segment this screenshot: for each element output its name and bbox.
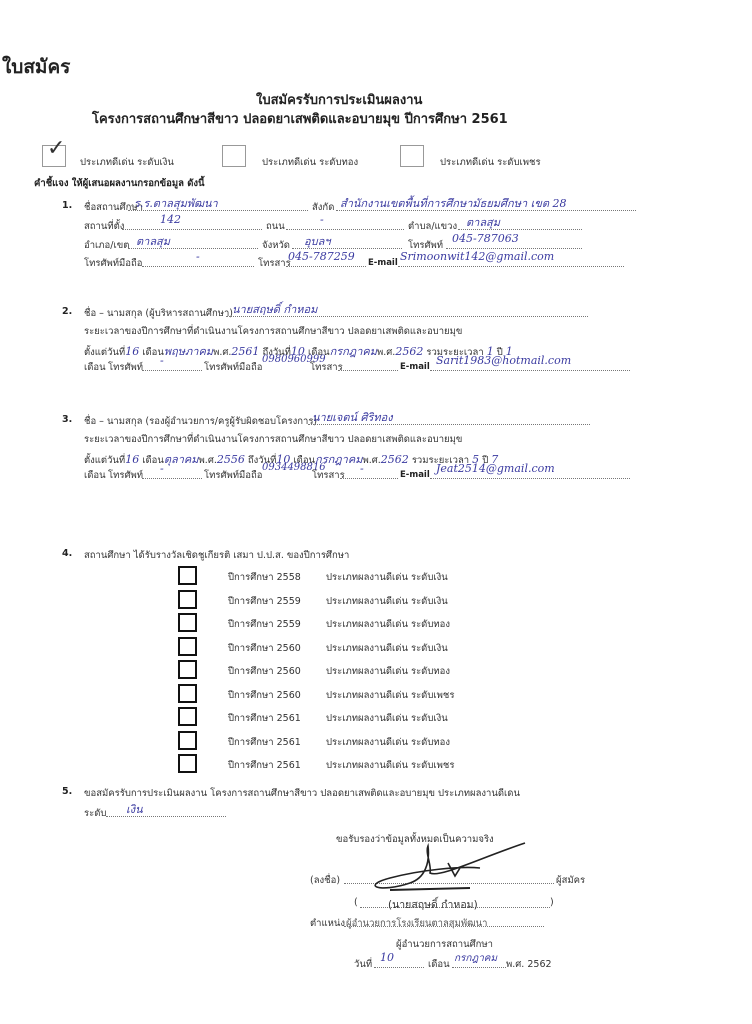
- awards-text: สถานศึกษา ได้รับรางวัลเชิดชูเกียรติ เสมา…: [84, 548, 349, 563]
- province-label: จังหวัด: [262, 238, 290, 253]
- address-value[interactable]: 142: [160, 213, 181, 226]
- award-year: ปีการศึกษา 2560: [228, 688, 301, 703]
- award-level: ประเภทผลงานดีเด่น ระดับทอง: [326, 664, 450, 679]
- month-value[interactable]: กรกฎาคม: [454, 951, 497, 966]
- day-label: วันที่: [354, 957, 372, 972]
- award-year: ปีการศึกษา 2560: [228, 664, 301, 679]
- award-year: ปีการศึกษา 2558: [228, 570, 301, 585]
- email-line: [398, 266, 624, 267]
- day-line: [374, 967, 424, 968]
- level-label: ระดับ: [84, 806, 106, 821]
- award-level: ประเภทผลงานดีเด่น ระดับเงิน: [326, 641, 448, 656]
- award-checkbox[interactable]: [178, 731, 197, 750]
- email-label: E-mail: [400, 362, 430, 372]
- award-checkbox[interactable]: [178, 707, 197, 726]
- level-value[interactable]: เงิน: [126, 800, 143, 818]
- to-year-label: พ.ศ.: [377, 347, 395, 358]
- name-close-paren: ): [550, 897, 554, 908]
- role-text: ผู้อำนวยการสถานศึกษา: [396, 937, 493, 952]
- road-value[interactable]: -: [320, 213, 324, 226]
- applicant-label: ผู้สมัคร: [556, 873, 585, 888]
- phone-label: โทรศัพท์: [108, 468, 143, 483]
- months-label: เดือน: [84, 468, 106, 483]
- section-number: 4.: [62, 548, 72, 559]
- form-title: ใบสมัครรับการประเมินผลงาน: [256, 89, 422, 110]
- fax-line: [338, 370, 398, 371]
- from-day-value[interactable]: 16: [125, 345, 139, 358]
- section-number: 1.: [62, 200, 72, 211]
- position-value: ผู้อำนวยการโรงเรียนตาลสุมพัฒนา: [346, 916, 488, 931]
- form-subtitle: โครงการสถานศึกษาสีขาว ปลอดยาเสพติดและอบา…: [92, 108, 508, 129]
- from-day-label: ตั้งแต่วันที่: [84, 455, 125, 466]
- award-checkbox[interactable]: [178, 613, 197, 632]
- to-year-value[interactable]: 2562: [381, 453, 409, 466]
- subdistrict-label: ตำบล/แขวง: [408, 219, 457, 234]
- award-checkbox[interactable]: [178, 566, 197, 585]
- month-label: เดือน: [428, 957, 450, 972]
- phone-line: [446, 248, 582, 249]
- from-year-label: พ.ศ.: [213, 347, 231, 358]
- check-mark-icon: ✓: [47, 136, 65, 161]
- mobile-label: โทรศัพท์มือถือ: [84, 256, 142, 271]
- fax-value[interactable]: 045-787259: [288, 250, 355, 263]
- month-line: [452, 967, 506, 968]
- phone-value[interactable]: -: [160, 354, 164, 367]
- category-label-diamond: ประเภทดีเด่น ระดับเพชร: [440, 155, 541, 170]
- sign-label: (ลงชื่อ): [310, 873, 340, 888]
- section-number: 5.: [62, 786, 72, 797]
- award-checkbox[interactable]: [178, 590, 197, 609]
- award-year: ปีการศึกษา 2561: [228, 711, 301, 726]
- fax-label: โทรสาร: [310, 360, 343, 375]
- award-checkbox[interactable]: [178, 684, 197, 703]
- award-level: ประเภทผลงานดีเด่น ระดับเงิน: [326, 570, 448, 585]
- email-line: [430, 478, 630, 479]
- to-year-value[interactable]: 2562: [395, 345, 423, 358]
- award-checkbox[interactable]: [178, 637, 197, 656]
- from-month-value[interactable]: พฤษภาคม: [164, 345, 213, 358]
- director-name-label: ชื่อ – นามสกุล (ผู้บริหารสถานศึกษา): [84, 306, 233, 321]
- address-label: สถานที่ตั้ง: [84, 219, 124, 234]
- award-level: ประเภทผลงานดีเด่น ระดับเพชร: [326, 688, 454, 703]
- period-text: ระยะเวลาของปีการศึกษาที่ดำเนินงานโครงการ…: [84, 432, 462, 447]
- address-line: [122, 229, 262, 230]
- road-line: [286, 229, 404, 230]
- award-year: ปีการศึกษา 2561: [228, 758, 301, 773]
- mobile-line: [142, 266, 254, 267]
- mobile-label: โทรศัพท์มือถือ: [204, 360, 262, 375]
- from-month-value[interactable]: ตุลาคม: [164, 453, 199, 466]
- award-year: ปีการศึกษา 2559: [228, 617, 301, 632]
- fax-label: โทรสาร: [312, 468, 345, 483]
- category-label-silver: ประเภทดีเด่น ระดับเงิน: [80, 155, 174, 170]
- phone-line: [142, 478, 202, 479]
- award-checkbox[interactable]: [178, 754, 197, 773]
- from-year-label: พ.ศ.: [199, 455, 217, 466]
- director-name-value[interactable]: นายสฤษดิ์ กำหอม: [232, 300, 317, 318]
- award-level: ประเภทผลงานดีเด่น ระดับทอง: [326, 735, 450, 750]
- mobile-label: โทรศัพท์มือถือ: [204, 468, 262, 483]
- award-year: ปีการศึกษา 2559: [228, 594, 301, 609]
- signer-name: (นายสฤษดิ์ กำหอม): [388, 896, 478, 913]
- period-text: ระยะเวลาของปีการศึกษาที่ดำเนินงานโครงการ…: [84, 324, 462, 339]
- award-level: ประเภทผลงานดีเด่น ระดับเงิน: [326, 711, 448, 726]
- signature-icon: [360, 838, 560, 898]
- year-label: พ.ศ. 2562: [506, 957, 552, 972]
- district-value[interactable]: ตาลสุม: [136, 232, 170, 250]
- apply-text: ขอสมัครรับการประเมินผลงาน โครงการสถานศึก…: [84, 786, 520, 801]
- email-value[interactable]: Sarit1983@hotmail.com: [436, 354, 571, 367]
- position-label: ตำแหน่ง: [310, 916, 345, 931]
- category-checkbox-gold[interactable]: [222, 145, 246, 167]
- award-checkbox[interactable]: [178, 660, 197, 679]
- school-name-value[interactable]: ร.ร.ตาลสุมพัฒนา: [134, 194, 218, 212]
- coordinator-name-label: ชื่อ – นามสกุล (รองผู้อำนวยการ/ครูผู้รับ…: [84, 414, 317, 429]
- fax-line: [340, 478, 398, 479]
- level-line: [106, 816, 226, 817]
- phone-label: โทรศัพท์: [108, 360, 143, 375]
- to-month-value[interactable]: กรกฎาคม: [330, 345, 377, 358]
- award-level: ประเภทผลงานดีเด่น ระดับทอง: [326, 617, 450, 632]
- mobile-value[interactable]: -: [196, 250, 200, 263]
- phone-value[interactable]: 045-787063: [452, 232, 519, 245]
- email-line: [430, 370, 630, 371]
- coordinator-name-value[interactable]: นายเจตน์ ศิริทอง: [312, 408, 393, 426]
- section-number: 2.: [62, 306, 72, 317]
- award-year: ปีการศึกษา 2561: [228, 735, 301, 750]
- section-number: 3.: [62, 414, 72, 425]
- name-open-paren: (: [354, 897, 358, 908]
- months-label: เดือน: [84, 360, 106, 375]
- subdistrict-value[interactable]: ตาลสุม: [466, 213, 500, 231]
- province-value[interactable]: อุบลฯ: [304, 232, 331, 250]
- award-year: ปีการศึกษา 2560: [228, 641, 301, 656]
- day-value[interactable]: 10: [380, 951, 394, 964]
- category-checkbox-diamond[interactable]: [400, 145, 424, 167]
- from-year-value[interactable]: 2561: [231, 345, 259, 358]
- award-level: ประเภทผลงานดีเด่น ระดับเงิน: [326, 594, 448, 609]
- category-label-gold: ประเภทดีเด่น ระดับทอง: [262, 155, 358, 170]
- award-level: ประเภทผลงานดีเด่น ระดับเพชร: [326, 758, 454, 773]
- instruction-text: คำชี้แจง ให้ผู้เสนอผลงานกรอกข้อมูล ดังนี…: [34, 176, 205, 191]
- from-year-value[interactable]: 2556: [217, 453, 245, 466]
- road-label: ถนน: [266, 219, 285, 234]
- application-form: ใบสมัครรับการประเมินผลงาน โครงการสถานศึก…: [0, 0, 752, 1024]
- fax-line: [286, 266, 366, 267]
- to-year-label: พ.ศ.: [362, 455, 380, 466]
- email-value[interactable]: Srimoonwit142@gmail.com: [400, 250, 554, 263]
- from-day-value[interactable]: 16: [125, 453, 139, 466]
- district-label: อำเภอ/เขต: [84, 238, 129, 253]
- phone-value[interactable]: -: [160, 462, 164, 475]
- affiliation-value[interactable]: สำนักงานเขตพื้นที่การศึกษามัธยมศึกษา เขต…: [340, 194, 567, 212]
- email-value[interactable]: Jeat2514@gmail.com: [436, 462, 555, 475]
- fax-value[interactable]: -: [360, 462, 364, 475]
- from-day-label: ตั้งแต่วันที่: [84, 347, 125, 358]
- email-label: E-mail: [400, 470, 430, 480]
- fax-label: โทรสาร: [258, 256, 291, 271]
- email-label: E-mail: [368, 258, 398, 268]
- phone-line: [142, 370, 202, 371]
